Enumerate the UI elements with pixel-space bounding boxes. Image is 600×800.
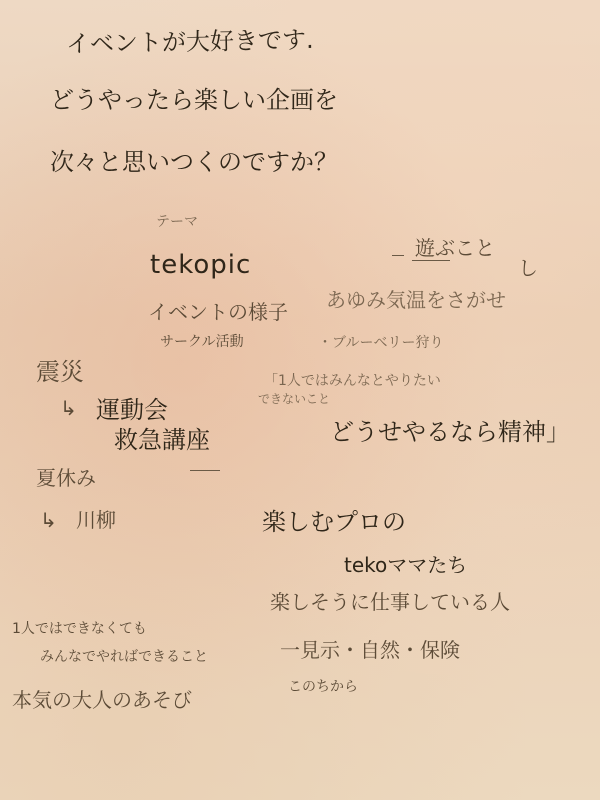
intro-line-3: 次々と思いつくのですか？ bbox=[50, 150, 338, 174]
bottom-line-2: みんなでやればできること bbox=[40, 650, 208, 664]
theme-label: テーマ bbox=[156, 215, 198, 229]
intro-line-1: イベントが大好きです. bbox=[66, 28, 314, 56]
quote-small-2: できないこと bbox=[258, 393, 330, 405]
play-heading-underline bbox=[412, 260, 450, 261]
theme-item-circle: サークル活動 bbox=[160, 335, 244, 349]
disaster-label: 震災 bbox=[36, 360, 84, 384]
quote-main: どうせやるなら精神」 bbox=[330, 420, 570, 444]
right-line-blueberry: ・ブルーベリー狩り bbox=[318, 336, 443, 350]
disaster-arrow: ↳ bbox=[60, 398, 77, 418]
intro-line-2: どうやったら楽しい企画を bbox=[50, 88, 338, 112]
quote-small-1: 「1人ではみんなとやりたい bbox=[264, 374, 441, 388]
summer-arrow: ↳ bbox=[40, 510, 57, 530]
pro-line-5: このちから bbox=[288, 680, 358, 694]
first-aid-underline bbox=[190, 470, 220, 471]
theme-name: tekopic bbox=[150, 252, 251, 278]
pro-line-3: 楽しそうに仕事している人 bbox=[270, 592, 510, 612]
pro-line-4: 一見示・自然・保険 bbox=[280, 640, 460, 660]
summer-item-senryu: 川柳 bbox=[76, 510, 116, 530]
disaster-item-first-aid: 救急講座 bbox=[114, 428, 210, 452]
pro-line-2: tekoママたち bbox=[344, 555, 467, 575]
arrow-mark: し bbox=[518, 258, 538, 278]
theme-item-event: イベントの様子 bbox=[148, 302, 288, 322]
bottom-line-3: 本気の大人のあそび bbox=[12, 690, 192, 710]
pro-line-1: 楽しむプロの bbox=[262, 510, 406, 534]
right-line-ayumi: あゆみ気温をさがせ bbox=[326, 290, 506, 310]
dash-mark bbox=[392, 255, 404, 256]
bottom-line-1: 1人ではできなくても bbox=[12, 622, 147, 636]
play-heading: 遊ぶこと bbox=[415, 238, 495, 258]
disaster-item-sports-day: 運動会 bbox=[96, 398, 168, 422]
summer-label: 夏休み bbox=[36, 468, 96, 488]
